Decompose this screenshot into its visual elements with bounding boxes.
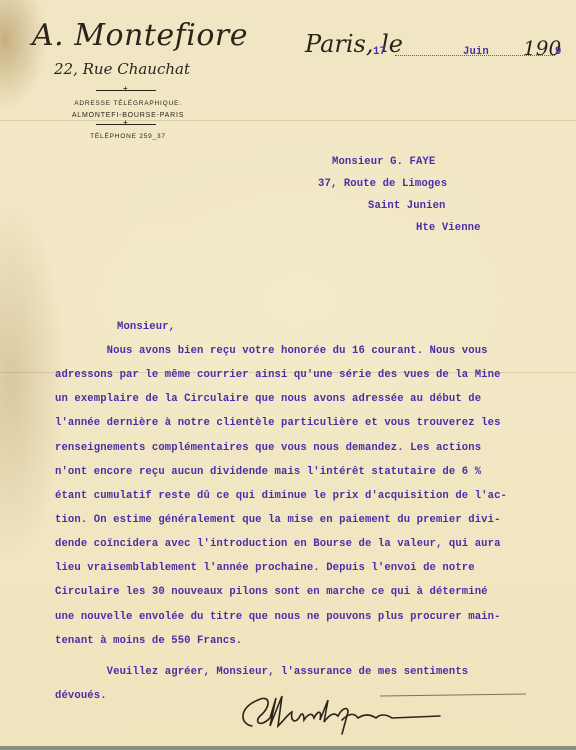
body-line: une nouvelle envolée du titre que nous n… xyxy=(55,611,501,623)
telegraph-address: ALMONTEFI-BOURSE-PARIS xyxy=(48,112,208,119)
body-line: lieu vraisemblablement l'année prochaine… xyxy=(55,562,475,574)
body-line: tion. On estime généralement que la mise… xyxy=(55,514,501,526)
scan-edge xyxy=(0,746,576,750)
date-year-typed: 9 xyxy=(555,46,561,58)
ornament-divider xyxy=(96,124,156,125)
body-line: adressons par le même courrier ainsi qu'… xyxy=(55,369,501,381)
body-line: Nous avons bien reçu votre honorée du 16… xyxy=(55,345,488,357)
body-line: tenant à moins de 550 Francs. xyxy=(55,635,242,647)
date-place: Paris, le xyxy=(305,30,403,58)
body-line: renseignements complémentaires que vous … xyxy=(55,442,481,454)
recipient-name: Monsieur G. FAYE xyxy=(332,156,435,168)
body-line: n'ont encore reçu aucun dividende mais l… xyxy=(55,466,481,478)
handwritten-signature xyxy=(230,688,530,738)
body-line: Circulaire les 30 nouveaux pilons sont e… xyxy=(55,586,488,598)
body-line: dende coïncidera avec l'introduction en … xyxy=(55,538,501,550)
date-day: 17 xyxy=(373,46,386,58)
ornament-divider xyxy=(96,90,156,91)
telephone: TÉLÉPHONE 259_37 xyxy=(48,133,208,140)
telegraph-label: ADRESSE TÉLÉGRAPHIQUE: xyxy=(48,100,208,107)
recipient-region: Hte Vienne xyxy=(416,222,481,234)
salutation: Monsieur, xyxy=(117,321,175,333)
recipient-street: 37, Route de Limoges xyxy=(318,178,447,190)
paper-fold xyxy=(0,120,576,121)
recipient-city: Saint Junien xyxy=(368,200,446,212)
letter-page: A. Montefiore 22, Rue Chauchat ADRESSE T… xyxy=(0,0,576,750)
closing-line: Veuillez agréer, Monsieur, l'assurance d… xyxy=(55,666,468,678)
body-line: un exemplaire de la Circulaire que nous … xyxy=(55,393,481,405)
date-month: Juin xyxy=(463,46,489,58)
letterhead-name: A. Montefiore xyxy=(32,18,248,53)
body-line: étant cumulatif reste dû ce qui diminue … xyxy=(55,490,507,502)
letterhead-address: 22, Rue Chauchat xyxy=(54,60,190,78)
body-line: l'année dernière à notre clientèle parti… xyxy=(55,417,501,429)
closing-line: dévoués. xyxy=(55,690,107,702)
date-line: Paris, le 17 Juin 190 9 xyxy=(305,30,575,70)
